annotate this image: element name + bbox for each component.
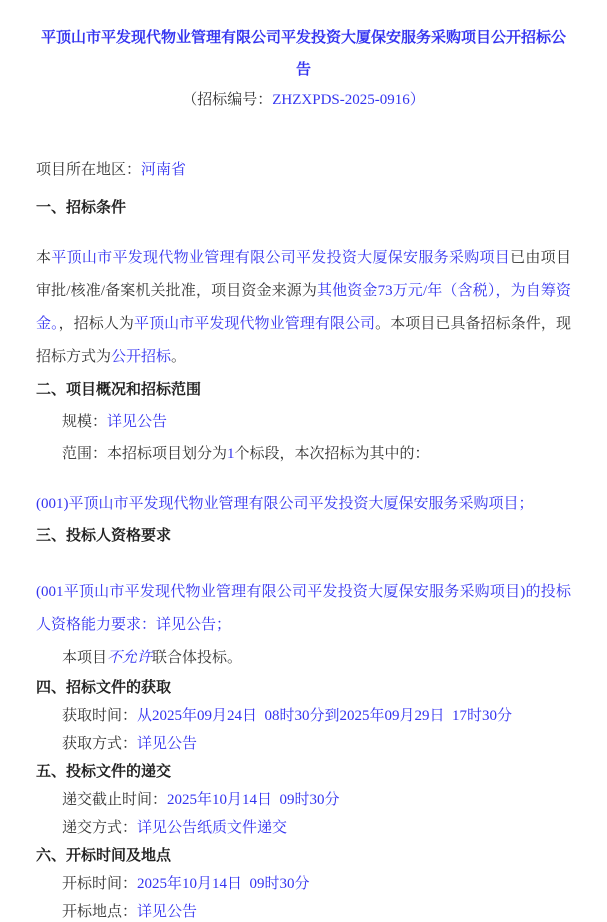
scope-text-pre: 本招标项目划分为: [107, 446, 227, 462]
opening-time-line: 开标时间：2025年10月14日 09时30分: [36, 870, 571, 898]
project-region-line: 项目所在地区：河南省: [36, 154, 571, 186]
submission-method-value: 详见公告纸质文件递交: [137, 820, 287, 836]
submission-deadline-line: 递交截止时间：2025年10月14日 09时30分: [36, 786, 571, 814]
section4-heading: 四、招标文件的获取: [36, 674, 571, 702]
cond-text-5: 。: [171, 349, 186, 365]
submission-method-line: 递交方式：详见公告纸质文件递交: [36, 814, 571, 842]
scale-line: 规模：详见公告: [36, 406, 571, 438]
obtain-time-value: 从2025年09月24日 08时30分到2025年09月29日 17时30分: [137, 708, 512, 724]
scope-lot-count: 1: [227, 446, 235, 462]
obtain-time-label: 获取时间：: [62, 708, 137, 724]
jv-text-pre: 本项目: [62, 650, 107, 666]
cond-text-1: 本: [36, 250, 51, 266]
jv-not-allowed: 不允许: [107, 650, 152, 666]
obtain-method-label: 获取方式：: [62, 736, 137, 752]
obtain-method-line: 获取方式：详见公告: [36, 730, 571, 758]
tender-number-value: ZHZXPDS-2025-0916）: [272, 92, 425, 108]
cond-project-name: 平顶山市平发现代物业管理有限公司平发投资大厦保安服务采购项目: [51, 250, 510, 266]
tender-number-label: （招标编号：: [182, 92, 272, 108]
spacer: [36, 470, 571, 488]
scale-value: 详见公告: [107, 414, 167, 430]
opening-place-value: 详见公告: [137, 904, 197, 920]
region-label: 项目所在地区：: [36, 162, 141, 178]
tender-conditions-paragraph: 本平顶山市平发现代物业管理有限公司平发投资大厦保安服务采购项目已由项目审批/核准…: [36, 242, 571, 374]
cond-tenderer-name: 平顶山市平发现代物业管理有限公司: [134, 316, 375, 332]
cond-text-3: ，招标人为: [59, 316, 134, 332]
joint-venture-line: 本项目不允许联合体投标。: [36, 642, 571, 674]
obtain-method-value: 详见公告: [137, 736, 197, 752]
tender-announcement-document: 平顶山市平发现代物业管理有限公司平发投资大厦保安服务采购项目公开招标公告 （招标…: [0, 0, 607, 922]
section1-heading: 一、招标条件: [36, 192, 571, 224]
opening-time-value: 2025年10月14日 09时30分: [137, 876, 310, 892]
lot-description-line: (001)平顶山市平发现代物业管理有限公司平发投资大厦保安服务采购项目；: [36, 488, 571, 520]
document-title: 平顶山市平发现代物业管理有限公司平发投资大厦保安服务采购项目公开招标公告: [36, 22, 571, 86]
scope-line: 范围：本招标项目划分为1个标段，本次招标为其中的：: [36, 438, 571, 470]
submission-deadline-label: 递交截止时间：: [62, 792, 167, 808]
spacer: [36, 552, 571, 576]
opening-place-line: 开标地点：详见公告: [36, 898, 571, 922]
scope-text-post: 个标段，本次招标为其中的：: [235, 446, 430, 462]
qualification-requirements-line: (001平顶山市平发现代物业管理有限公司平发投资大厦保安服务采购项目)的投标人资…: [36, 576, 571, 642]
jv-text-post: 联合体投标。: [152, 650, 242, 666]
section2-heading: 二、项目概况和招标范围: [36, 374, 571, 406]
opening-place-label: 开标地点：: [62, 904, 137, 920]
scope-label: 范围：: [62, 446, 107, 462]
submission-method-label: 递交方式：: [62, 820, 137, 836]
section5-heading: 五、投标文件的递交: [36, 758, 571, 786]
submission-deadline-value: 2025年10月14日 09时30分: [167, 792, 340, 808]
obtain-time-line: 获取时间：从2025年09月24日 08时30分到2025年09月29日 17时…: [36, 702, 571, 730]
section3-heading: 三、投标人资格要求: [36, 520, 571, 552]
scale-label: 规模：: [62, 414, 107, 430]
cond-tender-method: 公开招标: [111, 349, 171, 365]
section6-heading: 六、开标时间及地点: [36, 842, 571, 870]
tender-number-line: （招标编号：ZHZXPDS-2025-0916）: [36, 86, 571, 114]
region-value: 河南省: [141, 162, 186, 178]
opening-time-label: 开标时间：: [62, 876, 137, 892]
